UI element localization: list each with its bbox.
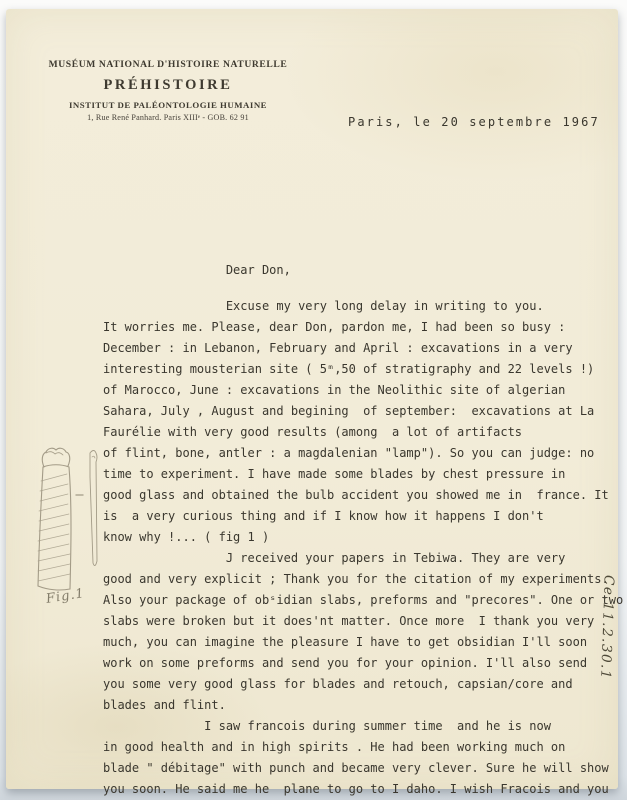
- department-title: PRÉHISTOIRE: [46, 77, 290, 94]
- date-line: Paris, le 20 septembre 1967: [348, 115, 600, 129]
- typewritten-line: Sahara, July , August and begining of se…: [103, 401, 623, 422]
- letter-body: Dear Don, Excuse my very long delay in w…: [103, 260, 623, 800]
- typewritten-line: interesting mousterian site ( 5ᵐ,50 of s…: [103, 359, 623, 380]
- typewritten-line: It worries me. Please, dear Don, pardon …: [103, 317, 623, 338]
- typewritten-line: J received your papers in Tebiwa. They a…: [103, 548, 623, 569]
- typewritten-line: I saw francois during summer time and he…: [103, 716, 623, 737]
- typewritten-line: is a very curious thing and if I know ho…: [103, 506, 623, 527]
- institute-name: INSTITUT DE PALÉONTOLOGIE HUMAINE: [46, 100, 290, 110]
- typewritten-line: much, you can imagine the pleasure I hav…: [103, 632, 623, 653]
- typewritten-line: blade " débitage" with punch and became …: [103, 758, 623, 779]
- typewritten-line: [103, 281, 623, 296]
- typewritten-line: Also your package of obˢidian slabs, pre…: [103, 590, 623, 611]
- typewritten-line: in good health and in high spirits . He …: [103, 737, 623, 758]
- sketch-profile: [90, 451, 97, 566]
- typewritten-line: work on some preforms and send you for y…: [103, 653, 623, 674]
- letter-paper: MUSÉUM NATIONAL D'HISTOIRE NATURELLE PRÉ…: [6, 9, 618, 789]
- typewritten-line: you soon. He said me he plane to go to I…: [103, 779, 623, 800]
- typewritten-line: December : in Lebanon, February and Apri…: [103, 338, 623, 359]
- address-line: 1, Rue René Panhard. Paris XIIIᵉ - GOB. …: [46, 113, 290, 122]
- typewritten-line: of Marocco, June : excavations in the Ne…: [103, 380, 623, 401]
- typewritten-line: Excuse my very long delay in writing to …: [103, 296, 623, 317]
- letterhead: MUSÉUM NATIONAL D'HISTOIRE NATURELLE PRÉ…: [46, 59, 290, 122]
- typewritten-line: Faurélie with very good results (among a…: [103, 422, 623, 443]
- typewritten-line: Dear Don,: [103, 260, 623, 281]
- typewritten-line: blades and flint.: [103, 695, 623, 716]
- typewritten-line: slabs were broken but it does'nt matter.…: [103, 611, 623, 632]
- typewritten-line: good and very explicit ; Thank you for t…: [103, 569, 623, 590]
- artifact-sketch: [24, 443, 102, 611]
- museum-name: MUSÉUM NATIONAL D'HISTOIRE NATURELLE: [46, 59, 290, 70]
- typewritten-line: good glass and obtained the bulb acciden…: [103, 485, 623, 506]
- typewritten-line: of flint, bone, antler : a magdalenian "…: [103, 443, 623, 464]
- scanned-letter-scene: MUSÉUM NATIONAL D'HISTOIRE NATURELLE PRÉ…: [0, 0, 627, 800]
- typewritten-line: know why !... ( fig 1 ): [103, 527, 623, 548]
- typewritten-line: you some very good glass for blades and …: [103, 674, 623, 695]
- typewritten-line: time to experiment. I have made some bla…: [103, 464, 623, 485]
